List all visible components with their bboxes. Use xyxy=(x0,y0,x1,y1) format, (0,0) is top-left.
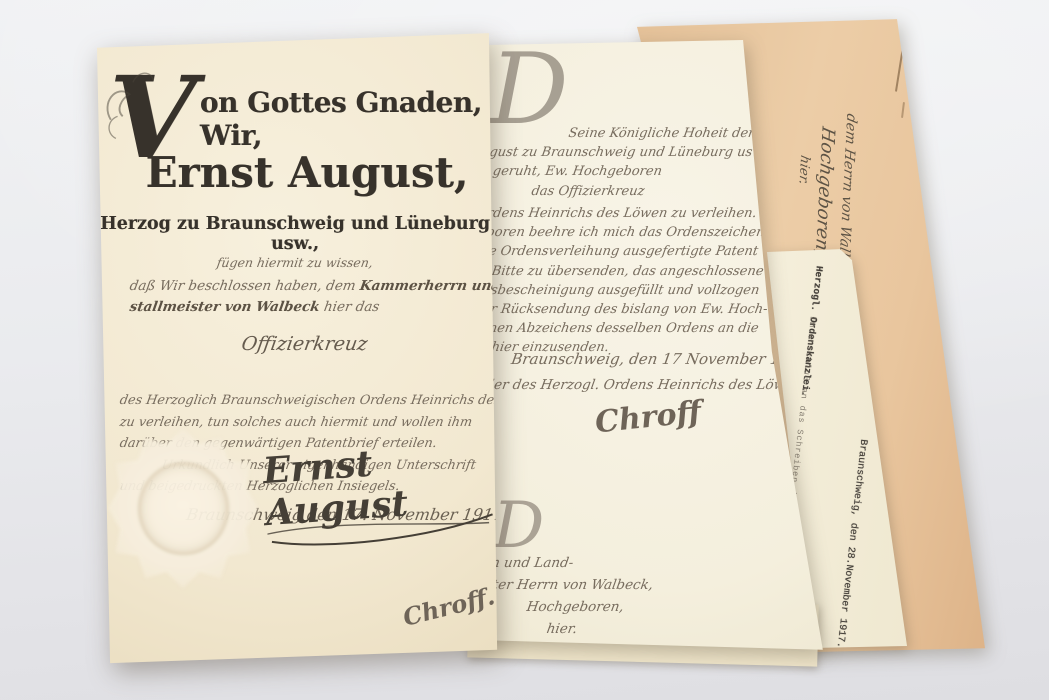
photo-of-award-documents: dem Herrn von Walbeck, Hochgeboren, hier… xyxy=(0,0,1049,700)
letter-date: Braunschweig, den 17 November 1917 xyxy=(510,350,807,368)
patent-grant-pre: daß Wir beschlossen haben, dem xyxy=(128,278,361,294)
patent-intro-text: fügen hiermit zu wissen, xyxy=(216,255,374,270)
embossed-seal xyxy=(108,428,258,588)
patent-recipient-em: stallmeister von Walbeck xyxy=(128,299,320,315)
award-letter-paper: D Seine Königliche Hoheit der Herzog Ern… xyxy=(455,28,835,658)
letter-signature: Chroff xyxy=(593,395,702,441)
letter-address-initial: D xyxy=(493,498,544,556)
seal-ring xyxy=(138,462,229,556)
signature-ernst-august: Ernst August xyxy=(262,434,504,558)
patent-header: V on Gottes Gnaden, Wir, xyxy=(104,52,500,162)
patent-countersignature: Chroff. xyxy=(400,581,498,632)
patent-header-rest: on Gottes Gnaden, Wir, xyxy=(200,86,500,152)
patent-title: Ernst August, xyxy=(90,148,512,197)
patent-grant-post: hier das xyxy=(318,299,380,315)
typed-note-date: Braunschweig, den 28.November 1917. xyxy=(834,439,869,649)
patent-award-title: Offizierkreuz xyxy=(240,333,366,355)
envelope-crease xyxy=(901,102,905,118)
letter-date-text: Braunschweig, den 17 November 1917 xyxy=(510,350,810,368)
patent-paper: V on Gottes Gnaden, Wir, Ernst August, H… xyxy=(90,30,500,665)
patent-subtitle: Herzog zu Braunschweig und Lüneburg usw.… xyxy=(90,214,500,254)
initial-flourish xyxy=(104,52,155,162)
patent-award-title-text: Offizierkreuz xyxy=(240,333,369,355)
patent-intro: fügen hiermit zu wissen, xyxy=(90,252,500,271)
patent-grant-paragraph: daß Wir beschlossen haben, dem Kammerher… xyxy=(128,276,488,318)
patent-document: V on Gottes Gnaden, Wir, Ernst August, H… xyxy=(90,30,500,665)
award-letter: D Seine Königliche Hoheit der Herzog Ern… xyxy=(455,28,835,658)
patent-body-line: des Herzoglich Braunschweigischen Ordens… xyxy=(118,390,501,412)
envelope-crease xyxy=(895,40,905,92)
letter-ornate-initial: D xyxy=(490,46,569,134)
